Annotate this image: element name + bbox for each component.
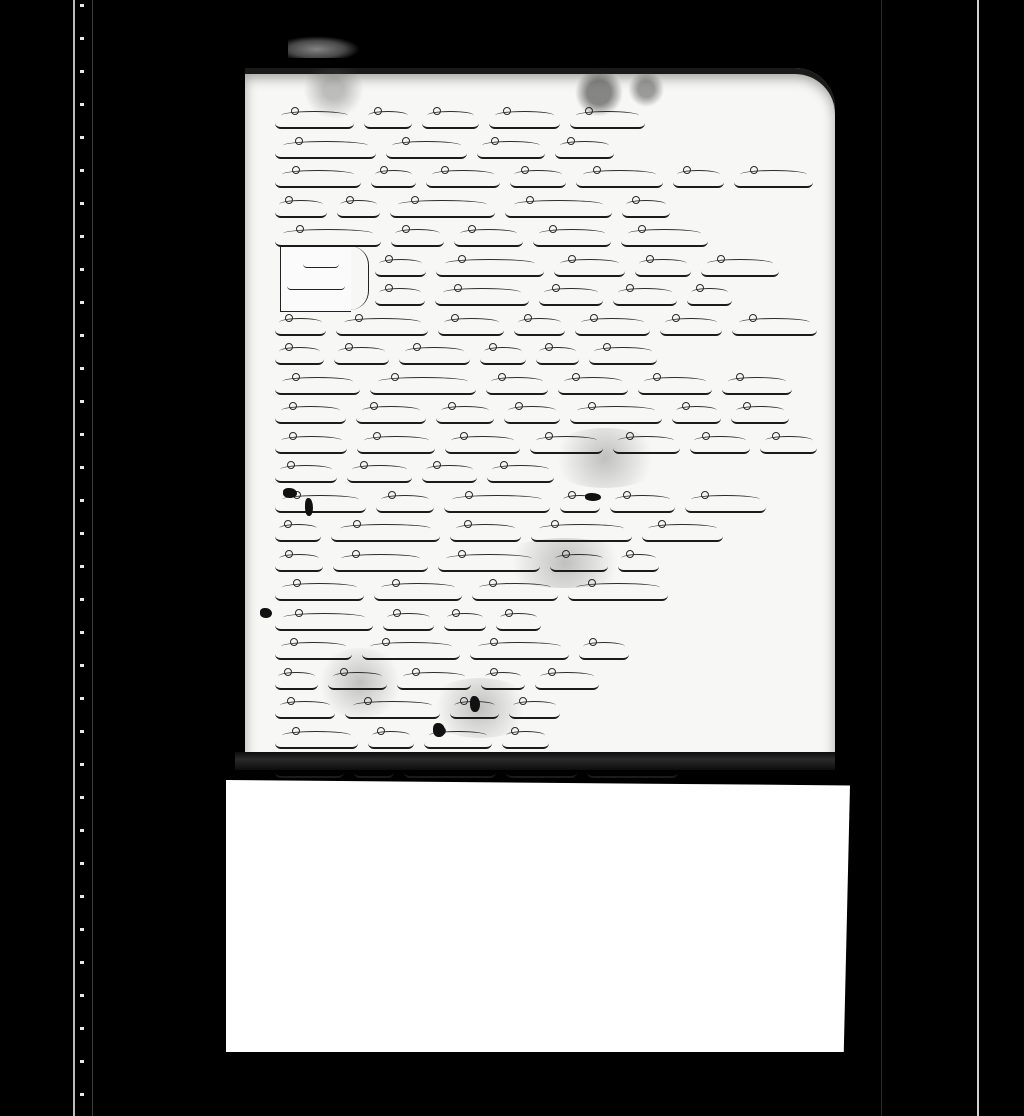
- sprocket-hole: [80, 631, 84, 634]
- script-word: [760, 441, 817, 454]
- script-word: [275, 441, 347, 454]
- sprocket-hole: [80, 103, 84, 106]
- sprocket-hole: [80, 994, 84, 997]
- sprocket-hole: [80, 532, 84, 535]
- torn-paper-fragment: [288, 36, 360, 58]
- script-word: [533, 234, 611, 247]
- script-word: [438, 323, 504, 336]
- sprocket-hole: [80, 334, 84, 337]
- script-word: [685, 500, 766, 513]
- script-word: [568, 588, 668, 601]
- script-word: [370, 382, 476, 395]
- script-word: [422, 470, 477, 483]
- script-word: [397, 677, 471, 690]
- script-word: [450, 529, 521, 542]
- script-word: [336, 323, 428, 336]
- script-word: [687, 293, 732, 306]
- script-word: [613, 293, 677, 306]
- script-word: [275, 352, 324, 365]
- script-word: [550, 559, 608, 572]
- script-word: [642, 529, 723, 542]
- script-word: [275, 677, 318, 690]
- sprocket-hole: [80, 1060, 84, 1063]
- script-word: [337, 205, 380, 218]
- page-bottom-torn-edge: [235, 752, 835, 770]
- script-word: [386, 146, 467, 159]
- script-word: [275, 559, 323, 572]
- sprocket-hole: [80, 829, 84, 832]
- script-word: [275, 529, 321, 542]
- script-word: [383, 618, 434, 631]
- script-word: [331, 529, 440, 542]
- script-word: [638, 382, 712, 395]
- script-word: [426, 175, 500, 188]
- sprocket-hole: [80, 136, 84, 139]
- script-word: [554, 264, 625, 277]
- sprocket-hole: [80, 4, 84, 7]
- sprocket-hole: [80, 400, 84, 403]
- script-word: [454, 234, 523, 247]
- script-word: [672, 411, 721, 424]
- script-word: [436, 411, 494, 424]
- script-word: [570, 411, 662, 424]
- script-word: [589, 352, 657, 365]
- sprocket-hole: [80, 202, 84, 205]
- script-word: [555, 146, 614, 159]
- manuscript-line: [275, 256, 817, 286]
- script-word: [610, 500, 675, 513]
- sprocket-hole: [80, 367, 84, 370]
- script-word: [470, 647, 569, 660]
- script-word: [444, 500, 550, 513]
- script-word: [275, 116, 354, 129]
- script-word: [357, 441, 435, 454]
- manuscript-line: [275, 285, 817, 315]
- sprocket-hole: [80, 235, 84, 238]
- script-word: [328, 677, 387, 690]
- script-word: [613, 441, 680, 454]
- ink-blot: [305, 498, 313, 516]
- sprocket-hole: [80, 730, 84, 733]
- sprocket-hole: [80, 928, 84, 931]
- script-word: [575, 323, 650, 336]
- sprocket-hole: [80, 70, 84, 73]
- sprocket-hole: [80, 37, 84, 40]
- script-word: [622, 205, 670, 218]
- script-word: [375, 293, 425, 306]
- manuscript-line: [275, 433, 817, 463]
- blank-label-card: [226, 780, 850, 1052]
- sprocket-hole: [80, 565, 84, 568]
- sprocket-hole: [80, 1027, 84, 1030]
- script-word: [334, 352, 389, 365]
- ink-blot: [433, 723, 445, 737]
- manuscript-line: [275, 108, 817, 138]
- script-word: [275, 500, 366, 513]
- sprocket-hole: [80, 598, 84, 601]
- manuscript-line: [275, 462, 817, 492]
- script-word: [356, 411, 426, 424]
- script-word: [376, 500, 434, 513]
- script-word: [722, 382, 792, 395]
- manuscript-line: [275, 669, 817, 699]
- manuscript-line: [275, 639, 817, 669]
- script-word: [496, 618, 541, 631]
- script-word: [368, 736, 414, 749]
- manuscript-line: [275, 344, 817, 374]
- script-word: [275, 234, 381, 247]
- script-word: [558, 382, 628, 395]
- script-word: [275, 647, 352, 660]
- script-word: [275, 175, 361, 188]
- script-word: [660, 323, 722, 336]
- sprocket-hole: [80, 664, 84, 667]
- manuscript-line: [275, 167, 817, 197]
- script-word: [486, 382, 548, 395]
- script-word: [275, 588, 364, 601]
- sprocket-hole: [80, 697, 84, 700]
- film-strip-right-edge: [977, 0, 979, 1116]
- film-strip-right-inner-edge: [881, 0, 882, 1116]
- script-word: [504, 411, 560, 424]
- script-word: [275, 706, 335, 719]
- script-word: [375, 264, 426, 277]
- script-word: [364, 116, 412, 129]
- manuscript-line: [275, 138, 817, 168]
- script-word: [505, 205, 612, 218]
- script-word: [444, 618, 486, 631]
- sprocket-hole: [80, 268, 84, 271]
- script-word: [275, 411, 346, 424]
- script-word: [536, 352, 579, 365]
- manuscript-line: [275, 226, 817, 256]
- script-word: [481, 677, 525, 690]
- script-word: [399, 352, 470, 365]
- manuscript-line: [275, 551, 817, 581]
- script-word: [362, 647, 460, 660]
- script-word: [275, 618, 373, 631]
- script-word: [635, 264, 691, 277]
- script-word: [390, 205, 495, 218]
- sprocket-hole: [80, 466, 84, 469]
- sprocket-hole: [80, 169, 84, 172]
- sprocket-hole: [80, 895, 84, 898]
- manuscript-line: [275, 197, 817, 227]
- script-word: [701, 264, 779, 277]
- script-word: [539, 293, 603, 306]
- sprocket-hole: [80, 862, 84, 865]
- script-word: [530, 441, 602, 454]
- script-word: [570, 116, 645, 129]
- script-word: [502, 736, 549, 749]
- ink-blot: [260, 608, 272, 618]
- script-word: [673, 175, 724, 188]
- script-word: [422, 116, 479, 129]
- ink-blot: [470, 696, 480, 712]
- script-word: [618, 559, 659, 572]
- sprocket-hole: [80, 301, 84, 304]
- manuscript-line: [275, 521, 817, 551]
- script-word: [345, 706, 440, 719]
- script-word: [732, 323, 817, 336]
- script-word: [333, 559, 428, 572]
- sprocket-hole: [80, 961, 84, 964]
- script-word: [579, 647, 629, 660]
- script-word: [435, 293, 529, 306]
- script-word: [275, 470, 337, 483]
- script-word: [731, 411, 789, 424]
- script-word: [347, 470, 412, 483]
- script-word: [560, 500, 600, 513]
- script-word: [480, 352, 526, 365]
- script-word: [690, 441, 751, 454]
- script-word: [510, 175, 566, 188]
- script-word: [487, 470, 554, 483]
- manuscript-line: [275, 580, 817, 610]
- manuscript-line: [275, 610, 817, 640]
- manuscript-line: [275, 315, 817, 345]
- script-word: [531, 529, 632, 542]
- script-word: [424, 736, 492, 749]
- film-strip-left-inner-edge: [92, 0, 93, 1116]
- script-word: [489, 116, 560, 129]
- manuscript-line: [275, 698, 817, 728]
- script-word: [391, 234, 444, 247]
- sprocket-hole: [80, 433, 84, 436]
- manuscript-line: [275, 374, 817, 404]
- manuscript-page: [245, 68, 835, 760]
- script-word: [438, 559, 540, 572]
- film-strip-left-edge: [73, 0, 75, 1116]
- ink-blot: [283, 488, 297, 498]
- ink-blot: [585, 493, 601, 501]
- script-word: [275, 146, 376, 159]
- script-word: [275, 323, 326, 336]
- script-word: [477, 146, 545, 159]
- script-word: [621, 234, 708, 247]
- manuscript-line: [275, 403, 817, 433]
- script-word: [734, 175, 813, 188]
- sprocket-hole: [80, 1093, 84, 1096]
- script-word: [445, 441, 520, 454]
- script-word: [509, 706, 560, 719]
- manuscript-text-lines: [275, 108, 817, 787]
- script-word: [275, 382, 360, 395]
- script-word: [514, 323, 565, 336]
- manuscript-line: [275, 492, 817, 522]
- sprocket-hole: [80, 796, 84, 799]
- sprocket-hole: [80, 499, 84, 502]
- script-word: [275, 736, 358, 749]
- script-word: [371, 175, 416, 188]
- script-word: [535, 677, 599, 690]
- script-word: [472, 588, 558, 601]
- sprocket-hole: [80, 763, 84, 766]
- script-word: [275, 205, 327, 218]
- script-word: [374, 588, 462, 601]
- script-word: [436, 264, 544, 277]
- script-word: [576, 175, 663, 188]
